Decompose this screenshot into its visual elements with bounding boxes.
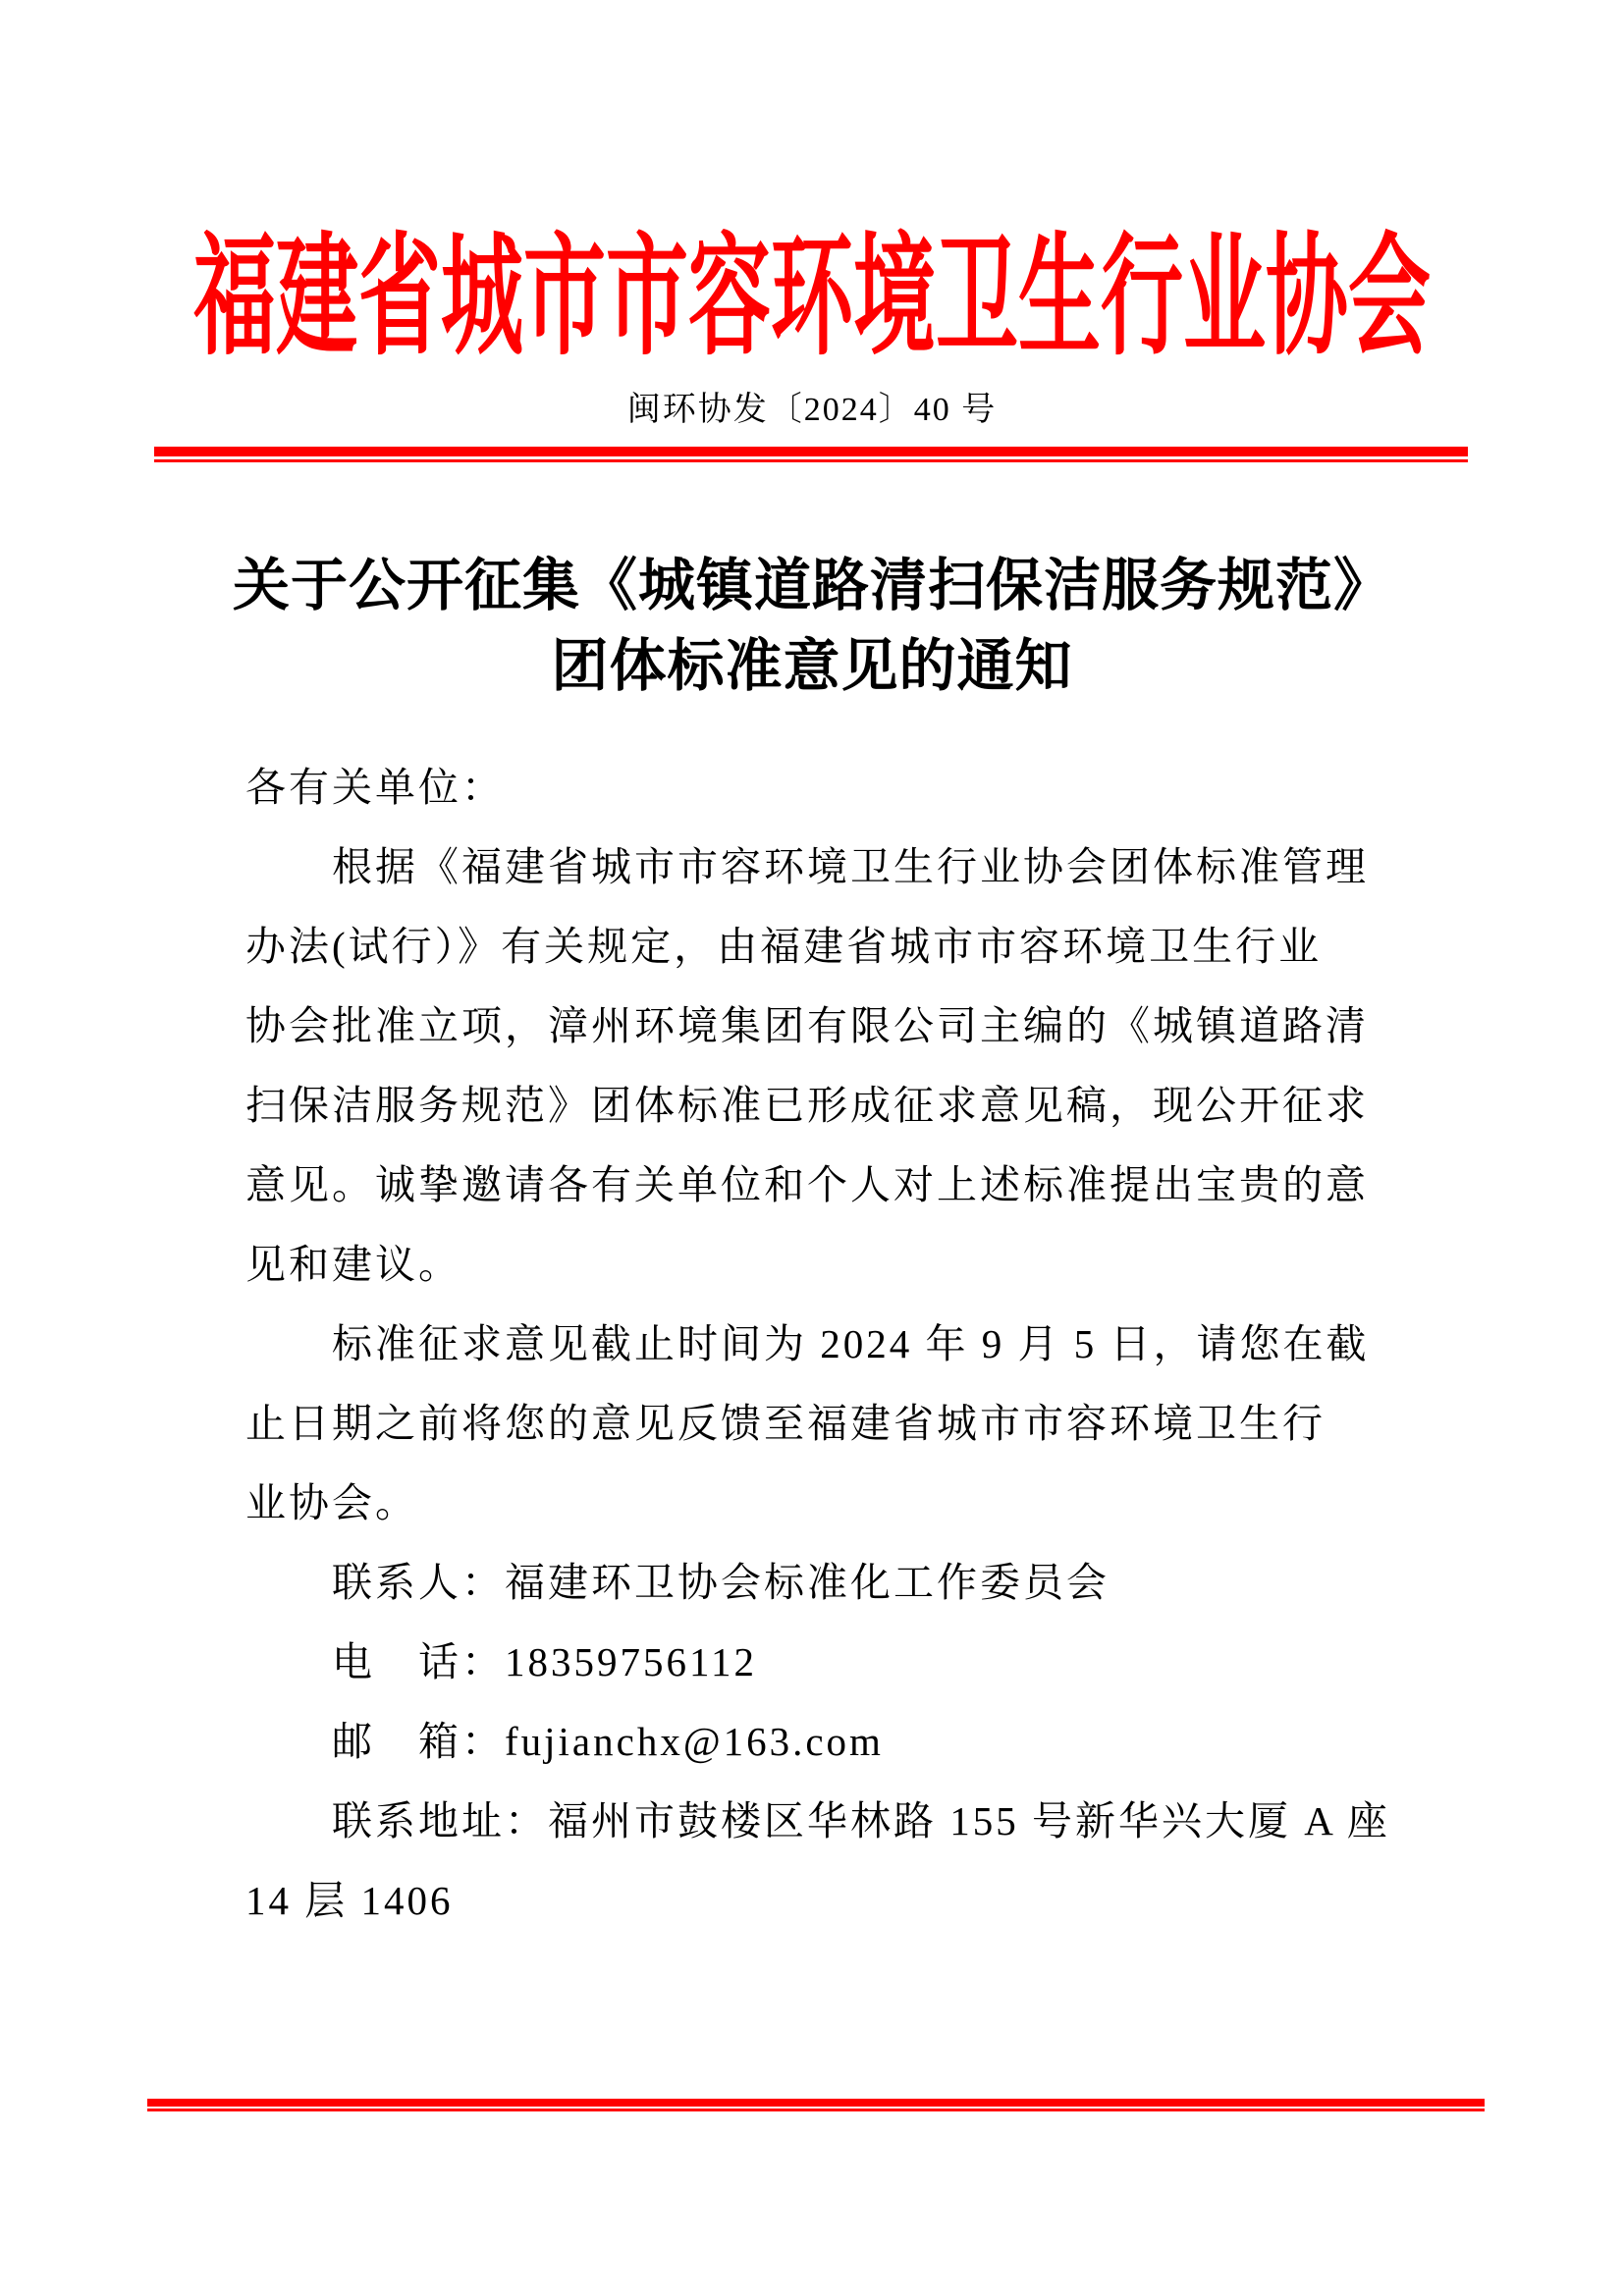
body-line-email: 邮 箱：fujianchx@163.com	[245, 1702, 1463, 1782]
doc-number: 闽环协发〔2024〕40 号	[0, 391, 1624, 430]
body-line: 止日期之前将您的意见反馈至福建省城市市容环境卫生行	[245, 1384, 1463, 1464]
body-line-address: 联系地址：福州市鼓楼区华林路 155 号新华兴大厦 A 座	[245, 1782, 1463, 1861]
body-line: 业协会。	[245, 1464, 1463, 1543]
body-line: 意见。诚挚邀请各有关单位和个人对上述标准提出宝贵的意	[245, 1146, 1463, 1225]
body-line: 见和建议。	[245, 1225, 1463, 1305]
document-page: 福建省城市市容环境卫生行业协会 闽环协发〔2024〕40 号 关于公开征集《城镇…	[0, 0, 1624, 2296]
body-line: 标准征求意见截止时间为 2024 年 9 月 5 日，请您在截	[245, 1305, 1463, 1384]
body-line: 办法(试行）》有关规定，由福建省城市市容环境卫生行业	[245, 907, 1463, 987]
body-line-address-cont: 14 层 1406	[245, 1861, 1463, 1941]
body-line-contact-person: 联系人：福建环卫协会标准化工作委员会	[245, 1543, 1463, 1623]
doc-title-line2: 团体标准意见的通知	[0, 626, 1624, 707]
red-separator-bottom	[147, 2099, 1485, 2111]
body-line-phone: 电 话：18359756112	[245, 1623, 1463, 1702]
body-line-salutation: 各有关单位：	[245, 748, 1463, 828]
doc-title: 关于公开征集《城镇道路清扫保洁服务规范》 团体标准意见的通知	[0, 546, 1624, 707]
red-separator-top	[154, 447, 1468, 462]
doc-title-line1: 关于公开征集《城镇道路清扫保洁服务规范》	[0, 546, 1624, 626]
body-text: 各有关单位： 根据《福建省城市市容环境卫生行业协会团体标准管理 办法(试行）》有…	[245, 748, 1463, 1941]
letterhead-org-name: 福建省城市市容环境卫生行业协会	[0, 234, 1624, 365]
body-line: 根据《福建省城市市容环境卫生行业协会团体标准管理	[245, 828, 1463, 907]
body-line: 扫保洁服务规范》团体标准已形成征求意见稿，现公开征求	[245, 1066, 1463, 1146]
body-line: 协会批准立项，漳州环境集团有限公司主编的《城镇道路清	[245, 987, 1463, 1066]
